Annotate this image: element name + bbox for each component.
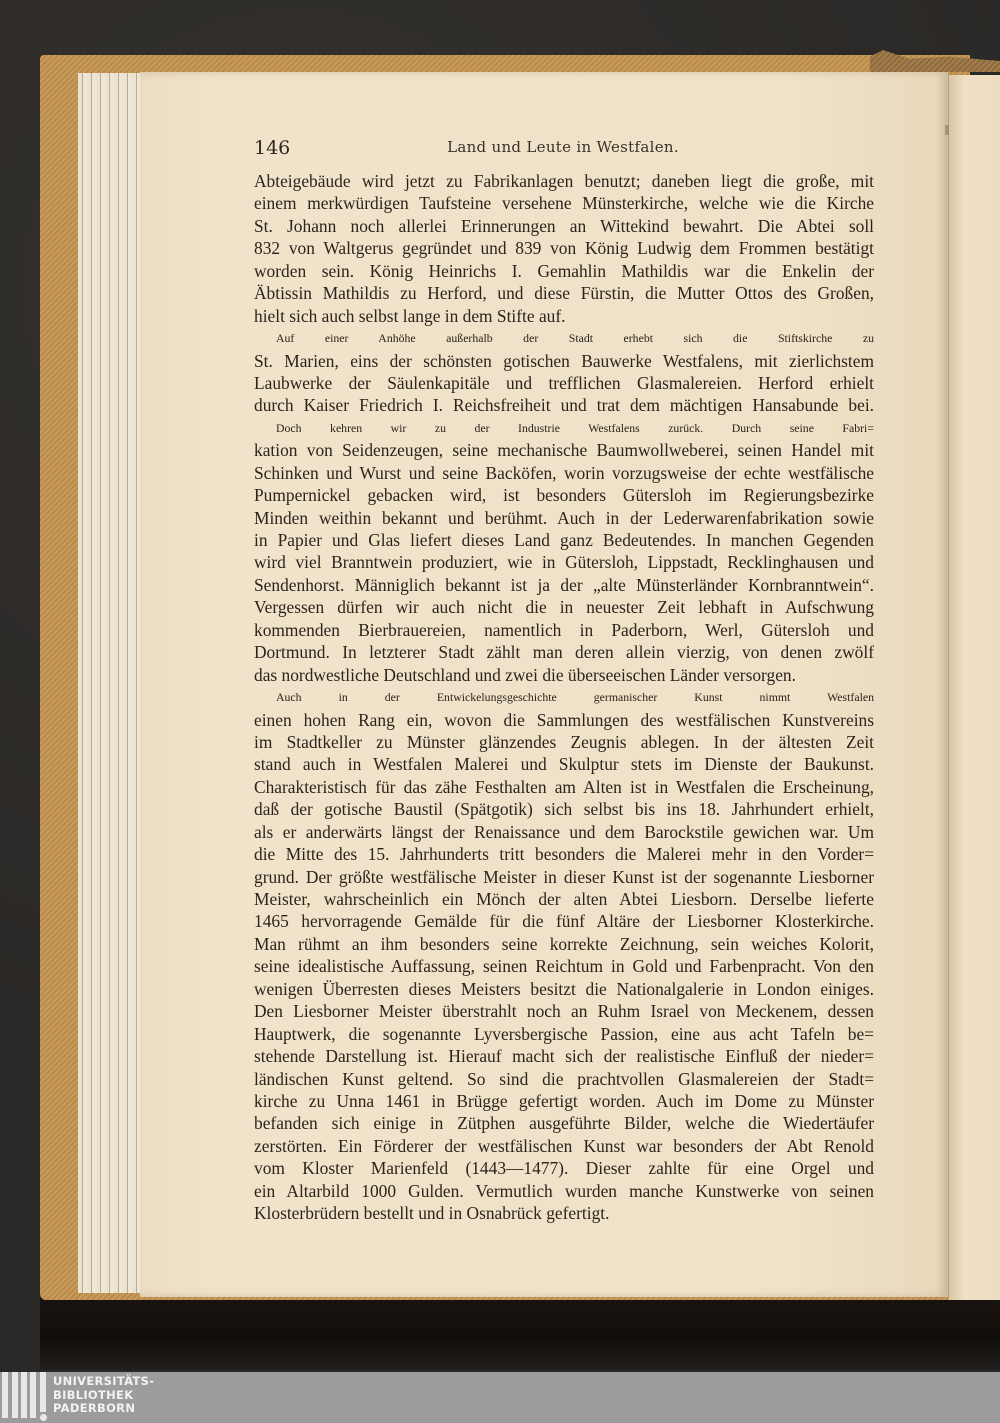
library-logo-icon (2, 1372, 44, 1423)
text-line: einem merkwürdigen Taufsteine versehene … (254, 192, 874, 214)
text-line: Den Liesborner Meister überstrahlt noch … (254, 1000, 874, 1022)
text-line: Pumpernickel gebacken wird, ist besonder… (254, 484, 874, 506)
gutter-mark (945, 125, 949, 135)
text-line: Minden weithin bekannt und berühmt. Auch… (254, 507, 874, 529)
page-edges (78, 73, 149, 1293)
library-name-line: BIBLIOTHEK (53, 1389, 154, 1403)
text-line: stehende Darstellung ist. Hierauf macht … (254, 1045, 874, 1067)
text-line: 832 von Waltgerus gegründet und 839 von … (254, 237, 874, 259)
library-name-line: PADERBORN (53, 1402, 154, 1416)
text-line: Hauptwerk, die sogenannte Lyversbergisch… (254, 1023, 874, 1045)
text-line: ländischen Kunst geltend. So sind die pr… (254, 1068, 874, 1090)
text-line: Auch in der Entwickelungsgeschichte germ… (254, 686, 874, 708)
text-line: Laubwerke der Säulenkapitäle und treffli… (254, 372, 874, 394)
text-line: in Papier und Glas liefert dieses Land g… (254, 529, 874, 551)
text-line: das nordwestliche Deutschland und zwei d… (254, 664, 874, 686)
text-line: ein Altarbild 1000 Gulden. Vermutlich wu… (254, 1180, 874, 1202)
book-shadow (40, 1290, 1000, 1370)
text-line: Klosterbrüdern bestellt und in Osnabrück… (254, 1202, 874, 1224)
text-line: Meister, wahrscheinlich ein Mönch der al… (254, 888, 874, 910)
text-line: wenigen Überresten dieses Meisters besit… (254, 978, 874, 1000)
text-line: Sendenhorst. Männiglich bekannt ist ja d… (254, 574, 874, 596)
text-line: St. Johann noch allerlei Erinnerungen an… (254, 215, 874, 237)
text-line: kirche zu Unna 1461 in Brügge gefertigt … (254, 1090, 874, 1112)
text-line: daß der gotische Baustil (Spätgotik) sic… (254, 798, 874, 820)
running-title: Land und Leute in Westfalen. (254, 138, 872, 156)
text-line: Abteigebäude wird jetzt zu Fabrikanlagen… (254, 170, 874, 192)
text-line: kation von Seidenzeugen, seine mechanisc… (254, 439, 874, 461)
text-line: Dortmund. In letzterer Stadt zählt man d… (254, 641, 874, 663)
text-line: befanden sich einige in Zütphen ausgefüh… (254, 1112, 874, 1134)
text-line: Äbtissin Mathildis zu Herford, und diese… (254, 282, 874, 304)
text-line: Charakteristisch für das zähe Festhalten… (254, 776, 874, 798)
library-name-line: UNIVERSITÄTS- (53, 1375, 154, 1389)
text-line: Doch kehren wir zu der Industrie Westfal… (254, 417, 874, 439)
text-line: die Mitte des 15. Jahrhunderts tritt bes… (254, 843, 874, 865)
text-line: Vergessen dürfen wir auch nicht die in n… (254, 596, 874, 618)
text-line: wird viel Branntwein produziert, wie in … (254, 551, 874, 573)
text-line: durch Kaiser Friedrich I. Reichsfreiheit… (254, 394, 874, 416)
text-line: worden sein. König Heinrichs I. Gemahlin… (254, 260, 874, 282)
text-line: 1465 hervorragende Gemälde für die fünf … (254, 910, 874, 932)
page-header: 146 Land und Leute in Westfalen. (254, 137, 872, 165)
body-text: Abteigebäude wird jetzt zu Fabrikanlagen… (254, 170, 874, 1225)
facing-page-edge (948, 75, 1000, 1300)
text-line: kommenden Bierbrauereien, namentlich in … (254, 619, 874, 641)
text-line: einen hohen Rang ein, wovon die Sammlung… (254, 709, 874, 731)
text-line: grund. Der größte westfälische Meister i… (254, 866, 874, 888)
text-line: hielt sich auch selbst lange in dem Stif… (254, 305, 874, 327)
library-name: UNIVERSITÄTS- BIBLIOTHEK PADERBORN (53, 1375, 154, 1416)
text-line: stand auch in Westfalen Malerei und Skul… (254, 753, 874, 775)
text-line: vom Kloster Marienfeld (1443—1477). Dies… (254, 1157, 874, 1179)
text-line: St. Marien, eins der schönsten gotischen… (254, 350, 874, 372)
text-line: Auf einer Anhöhe außerhalb der Stadt erh… (254, 327, 874, 349)
text-line: seine idealistische Auffassung, seinen R… (254, 955, 874, 977)
library-watermark: UNIVERSITÄTS- BIBLIOTHEK PADERBORN (0, 1372, 1000, 1423)
text-line: zerstörten. Ein Förderer der westfälisch… (254, 1135, 874, 1157)
text-line: als er anderwärts längst der Renaissance… (254, 821, 874, 843)
text-line: im Stadtkeller zu Münster glänzendes Zeu… (254, 731, 874, 753)
text-line: Schinken und Wurst und seine Backöfen, w… (254, 462, 874, 484)
text-line: Man rühmt an ihm besonders seine korrekt… (254, 933, 874, 955)
